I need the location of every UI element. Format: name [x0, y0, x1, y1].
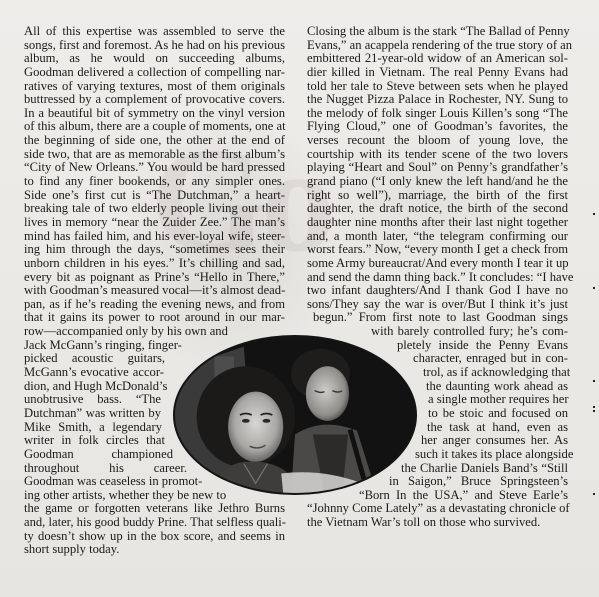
text-line: such it takes its place alongside — [415, 448, 568, 462]
text-line: picked acoustic guitars, — [24, 352, 165, 366]
text-line: dion, and Hugh McDonald’s — [24, 380, 163, 394]
document-page: Go All of this expertise was assembled t… — [0, 0, 599, 597]
text-line: short supply today. — [24, 543, 285, 557]
text-line: grand piano (“I only knew the left hand/… — [307, 175, 568, 189]
text-line: and, a month later, “the telegram confir… — [307, 230, 568, 244]
text-line: her anger consumes her. As — [421, 434, 568, 448]
text-line: Closing the album is the stark “The Ball… — [307, 25, 568, 39]
margin-mark — [593, 406, 595, 408]
text-line: told her tale to Steve between sets when… — [307, 80, 568, 94]
text-line: the beginning of side one, the other at … — [24, 134, 285, 148]
text-line: right so well”), marriage, the birth of … — [307, 189, 568, 203]
text-line: some Army bureaucrat/And every month I t… — [307, 257, 568, 271]
text-line: character, enraged but in con- — [413, 352, 568, 366]
two-musicians-photo — [173, 335, 417, 495]
text-line: of this album, there are a couple of mom… — [24, 120, 285, 134]
text-line: buttressed by a complement of provocativ… — [24, 93, 285, 107]
text-line: worst fears.” Now, “every month I get a … — [307, 243, 568, 257]
text-line: throughout his career. — [24, 462, 187, 476]
text-line: songs, first and foremost. As he had on … — [24, 39, 285, 53]
text-line: pletely inside the Penny Evans — [397, 339, 568, 353]
text-line: the daunting work ahead as — [426, 380, 568, 394]
text-line: “Born In the USA,” and Steve Earle’s — [359, 489, 568, 503]
text-line: with barely controlled fury; he’s com- — [371, 325, 568, 339]
text-line: and send the damn thing back.” It conclu… — [307, 271, 568, 285]
text-line: the Vietnam War’s toll on those who surv… — [307, 516, 568, 530]
text-line: Flying Cloud,” one of Goodman’s favorite… — [307, 120, 568, 134]
text-line: with Goodman’s measured vocal—it’s almos… — [24, 284, 285, 298]
text-line: Side one’s first cut is “The Dutchman,” … — [24, 189, 285, 203]
text-line: and, later, his good buddy Prine. That s… — [24, 516, 285, 530]
text-line: the Charlie Daniels Band’s “Still — [401, 462, 568, 476]
text-line: “City of New Orleans.” You would be hard… — [24, 161, 285, 175]
margin-mark — [593, 213, 595, 215]
text-line: the melody of folk singer Louis Killen’s… — [307, 107, 568, 121]
photo-image — [175, 337, 415, 493]
text-line: embittered 21-year-old widow of an Ameri… — [307, 52, 568, 66]
text-line: ratives of varying textures, most of the… — [24, 80, 285, 94]
text-line: Goodman championed — [24, 448, 173, 462]
text-line: ing him through the days, “sometimes see… — [24, 243, 285, 257]
text-line: side two, that are as memorable as the f… — [24, 148, 285, 162]
margin-mark — [593, 410, 595, 412]
margin-mark — [593, 493, 595, 495]
text-line: that it gains its power to root around i… — [24, 311, 285, 325]
text-line: ty doesn’t show up in the box score, and… — [24, 530, 285, 544]
text-line: album, as he would on succeeding albums, — [24, 52, 285, 66]
text-line: pan, as if he’s reading the evening news… — [24, 298, 285, 312]
text-line: Mike Smith, a legendary — [24, 421, 162, 435]
text-line: every bit as poignant as Prine’s “Hello … — [24, 271, 285, 285]
text-line: Goodman delivered a collection of compel… — [24, 66, 285, 80]
text-line: daughter, the draft notice, the birth of… — [307, 202, 568, 216]
text-line: begun.” From first note to last Goodman … — [313, 311, 568, 325]
text-line: All of this expertise was assembled to s… — [24, 25, 285, 39]
text-line: the Nugget Pizza Palace in Rochester, NY… — [307, 93, 568, 107]
text-line: the game or forgotten veterans like Jeth… — [24, 502, 285, 516]
text-line: daughter nine months after their last ni… — [307, 216, 568, 230]
text-line: to find any finer bookends, or any simpl… — [24, 175, 285, 189]
text-line: writer in folk circles that — [24, 434, 165, 448]
text-line: dier killed in Vietnam. The real Penny E… — [307, 66, 568, 80]
text-line: unborn children in his eyes.” It’s chill… — [24, 257, 285, 271]
text-line: lives in memory “near the Zuider Zee.” T… — [24, 216, 285, 230]
text-line: unobtrusive bass. “The — [24, 393, 161, 407]
text-line: “Johnny Come Lately” as a devastating ch… — [307, 502, 568, 516]
text-line: ing other artists, whether they be new t… — [24, 489, 234, 503]
text-line: Jack McGann’s ringing, finger- — [24, 339, 168, 353]
margin-mark — [593, 380, 595, 382]
text-line: courtship with its tender scene of the t… — [307, 148, 568, 162]
text-line: trol, as if acknowledging that — [423, 366, 568, 380]
text-line: sons/They say the war is over/But I thin… — [307, 298, 568, 312]
text-line: Evans,” an acappela rendering of the tru… — [307, 39, 568, 53]
text-line: McGann’s evocative accor- — [24, 366, 164, 380]
text-line: mind has failed him, and his ever-loyal … — [24, 230, 285, 244]
text-line: Dutchman” was written by — [24, 407, 161, 421]
text-line: verses recount the bloom of young love, … — [307, 134, 568, 148]
text-line: two infant daughters/And I thank God I h… — [307, 284, 568, 298]
text-line: breaking tale of two elderly people livi… — [24, 202, 285, 216]
text-line: Goodman was ceaseless in promot- — [24, 475, 214, 489]
text-line: the task at hand, even as — [427, 421, 568, 435]
text-line: in Saigon,” Bruce Springsteen’s — [389, 475, 568, 489]
margin-mark — [593, 287, 595, 289]
text-line: playing “Heart and Soul” on Penny’s gran… — [307, 161, 568, 175]
text-line: to be stoic and focused on — [428, 407, 568, 421]
text-line: row—accompanied only by his own and — [24, 325, 234, 339]
text-line: In a beautiful bit of symmetry on the vi… — [24, 107, 285, 121]
text-line: a single mother requires her — [428, 393, 568, 407]
